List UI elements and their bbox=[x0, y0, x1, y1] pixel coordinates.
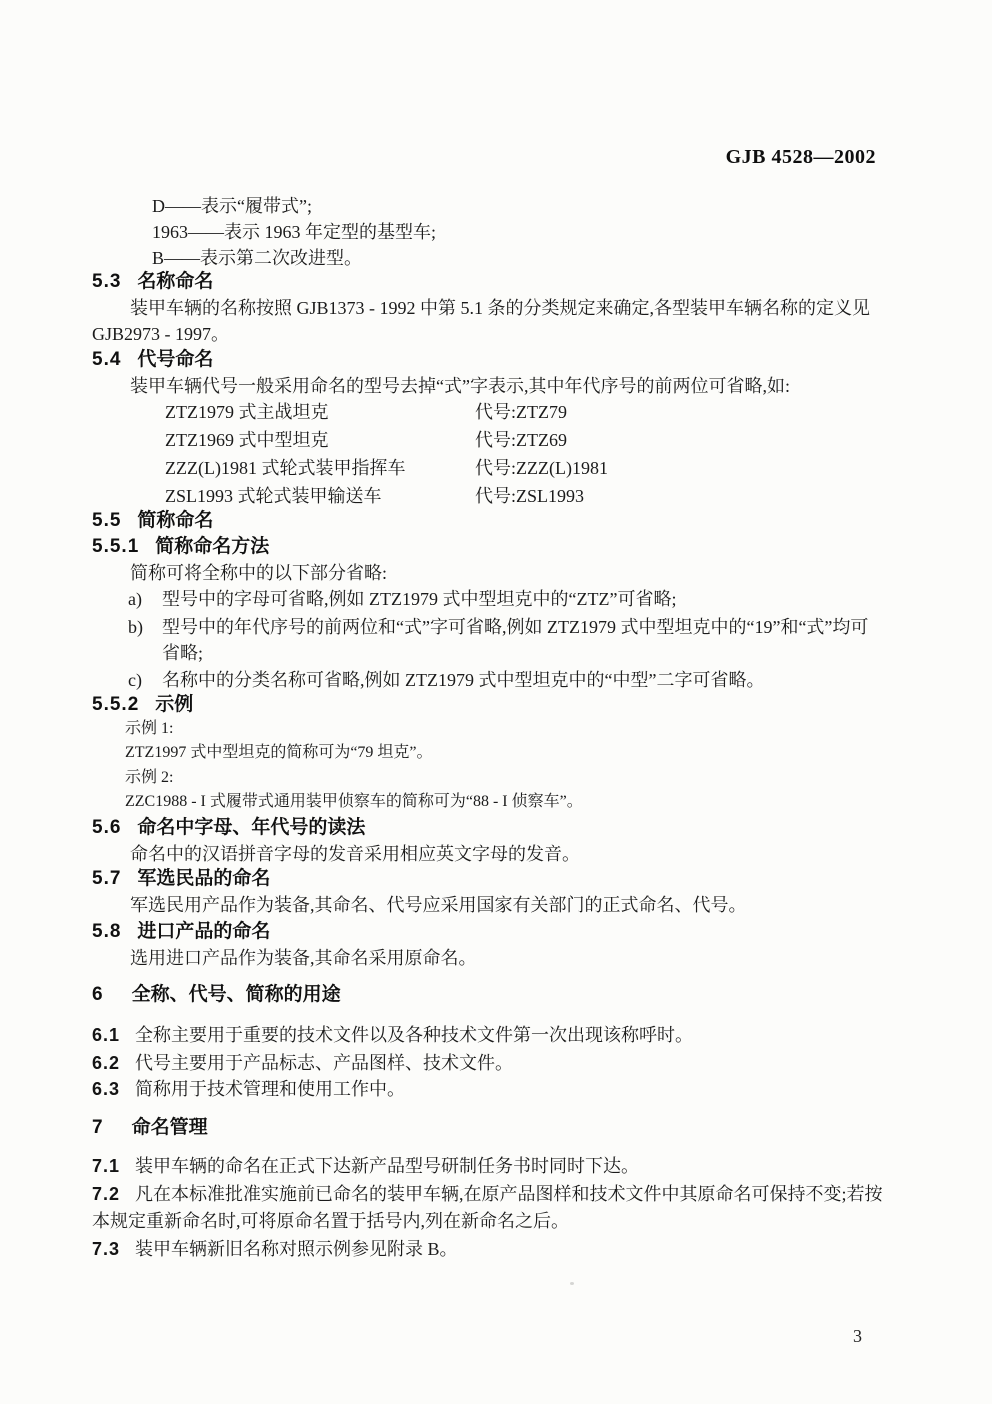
legend-line-b: B——表示第二次改进型。 bbox=[152, 246, 362, 270]
clause-number: 7.3 bbox=[92, 1239, 120, 1259]
clause-number: 7.2 bbox=[92, 1184, 120, 1204]
list-item-c: c)名称中的分类名称可省略,例如 ZTZ1979 式中型坦克中的“中型”二字可省… bbox=[128, 668, 764, 692]
chapter-number: 7 bbox=[92, 1117, 104, 1138]
section-title: 代号命名 bbox=[137, 349, 213, 370]
section-title: 简称命名 bbox=[137, 510, 213, 531]
clause-text: 装甲车辆新旧名称对照示例参见附录 B。 bbox=[135, 1239, 458, 1259]
vehicle-name: ZTZ1969 式中型坦克 bbox=[165, 430, 329, 450]
section-5-4-heading: 5.4代号命名 bbox=[92, 348, 213, 372]
chapter-number: 6 bbox=[92, 984, 104, 1005]
legend-line-1963: 1963——表示 1963 年定型的基型车; bbox=[152, 220, 436, 244]
section-title: 军选民品的命名 bbox=[137, 868, 270, 889]
clause-text: 简称用于技术管理和使用工作中。 bbox=[135, 1079, 405, 1099]
clause-text: 装甲车辆的命名在正式下达新产品型号研制任务书时同时下达。 bbox=[135, 1156, 639, 1176]
section-5-6-heading: 5.6命名中字母、年代号的读法 bbox=[92, 816, 365, 840]
clause-6-2: 6.2代号主要用于产品标志、产品图样、技术文件。 bbox=[92, 1051, 513, 1075]
scan-artifact-dot bbox=[570, 1282, 574, 1285]
section-5-8-body: 选用进口产品作为装备,其命名采用原命名。 bbox=[130, 946, 477, 970]
section-title: 命名中字母、年代号的读法 bbox=[137, 817, 365, 838]
designation-example-row: ZTZ1979 式主战坦克 代号:ZTZ79 bbox=[165, 400, 329, 424]
section-title: 简称命名方法 bbox=[155, 536, 269, 557]
clause-6-1: 6.1全称主要用于重要的技术文件以及各种技术文件第一次出现该称呼时。 bbox=[92, 1023, 693, 1047]
clause-7-2-line1: 7.2凡在本标准批准实施前已命名的装甲车辆,在原产品图样和技术文件中其原命名可保… bbox=[92, 1182, 883, 1206]
section-5-7-heading: 5.7军选民品的命名 bbox=[92, 867, 270, 891]
clause-text: 代号主要用于产品标志、产品图样、技术文件。 bbox=[135, 1053, 513, 1073]
vehicle-name: ZZZ(L)1981 式轮式装甲指挥车 bbox=[165, 458, 405, 478]
legend-line-tracked: D——表示“履带式”; bbox=[152, 194, 312, 218]
section-title: 示例 bbox=[155, 694, 193, 715]
list-marker: c) bbox=[128, 668, 145, 692]
vehicle-name: ZTZ1979 式主战坦克 bbox=[165, 402, 329, 422]
list-item-text: 名称中的分类名称可省略,例如 ZTZ1979 式中型坦克中的“中型”二字可省略。 bbox=[162, 670, 764, 690]
section-number: 5.5.1 bbox=[92, 536, 139, 557]
section-5-3-paragraph-line1: 装甲车辆的名称按照 GJB1373 - 1992 中第 5.1 条的分类规定来确… bbox=[130, 296, 870, 320]
vehicle-code: 代号:ZSL1993 bbox=[475, 484, 584, 508]
section-title: 名称命名 bbox=[137, 271, 213, 292]
section-title: 进口产品的命名 bbox=[137, 921, 270, 942]
vehicle-code: 代号:ZTZ79 bbox=[475, 400, 567, 424]
list-marker: a) bbox=[128, 587, 145, 611]
vehicle-code: 代号:ZTZ69 bbox=[475, 428, 567, 452]
section-number: 5.6 bbox=[92, 817, 121, 838]
clause-number: 6.1 bbox=[92, 1025, 120, 1045]
example-2-text: ZZC1988 - I 式履带式通用装甲侦察车的简称可为“88 - I 侦察车”… bbox=[125, 791, 583, 813]
chapter-7-heading: 7命名管理 bbox=[92, 1116, 208, 1140]
list-item-a: a)型号中的字母可省略,例如 ZTZ1979 式中型坦克中的“ZTZ”可省略; bbox=[128, 587, 676, 611]
section-5-8-heading: 5.8进口产品的命名 bbox=[92, 920, 270, 944]
chapter-6-heading: 6全称、代号、简称的用途 bbox=[92, 983, 341, 1007]
list-item-b: b)型号中的年代序号的前两位和“式”字可省略,例如 ZTZ1979 式中型坦克中… bbox=[128, 615, 868, 639]
chapter-title: 全称、代号、简称的用途 bbox=[132, 984, 341, 1005]
standard-number-header: GJB 4528—2002 bbox=[726, 146, 876, 169]
section-number: 5.5 bbox=[92, 510, 121, 531]
designation-example-row: ZTZ1969 式中型坦克 代号:ZTZ69 bbox=[165, 428, 329, 452]
section-5-5-heading: 5.5简称命名 bbox=[92, 509, 213, 533]
clause-6-3: 6.3简称用于技术管理和使用工作中。 bbox=[92, 1077, 405, 1101]
section-5-5-1-heading: 5.5.1简称命名方法 bbox=[92, 535, 269, 559]
clause-7-1: 7.1装甲车辆的命名在正式下达新产品型号研制任务书时同时下达。 bbox=[92, 1154, 639, 1178]
example-2-label: 示例 2: bbox=[125, 767, 173, 789]
designation-example-row: ZZZ(L)1981 式轮式装甲指挥车 代号:ZZZ(L)1981 bbox=[165, 456, 405, 480]
clause-number: 6.3 bbox=[92, 1079, 120, 1099]
section-5-3-heading: 5.3名称命名 bbox=[92, 270, 213, 294]
section-number: 5.3 bbox=[92, 271, 121, 292]
section-5-6-body: 命名中的汉语拼音字母的发音采用相应英文字母的发音。 bbox=[130, 842, 580, 866]
example-1-text: ZTZ1997 式中型坦克的简称可为“79 坦克”。 bbox=[125, 742, 433, 764]
list-marker: b) bbox=[128, 615, 145, 639]
clause-text: 凡在本标准批准实施前已命名的装甲车辆,在原产品图样和技术文件中其原命名可保持不变… bbox=[135, 1184, 883, 1204]
section-number: 5.5.2 bbox=[92, 694, 139, 715]
list-item-text: 型号中的年代序号的前两位和“式”字可省略,例如 ZTZ1979 式中型坦克中的“… bbox=[162, 617, 868, 637]
section-5-5-1-intro: 简称可将全称中的以下部分省略: bbox=[130, 561, 387, 585]
vehicle-code: 代号:ZZZ(L)1981 bbox=[475, 456, 608, 480]
clause-number: 7.1 bbox=[92, 1156, 120, 1176]
section-number: 5.4 bbox=[92, 349, 121, 370]
section-5-5-2-heading: 5.5.2示例 bbox=[92, 693, 193, 717]
list-item-text: 型号中的字母可省略,例如 ZTZ1979 式中型坦克中的“ZTZ”可省略; bbox=[162, 589, 676, 609]
example-1-label: 示例 1: bbox=[125, 718, 173, 740]
clause-7-3: 7.3装甲车辆新旧名称对照示例参见附录 B。 bbox=[92, 1237, 458, 1261]
section-5-3-paragraph-line2: GJB2973 - 1997。 bbox=[92, 322, 229, 346]
list-item-b-continuation: 省略; bbox=[162, 641, 203, 665]
chapter-title: 命名管理 bbox=[132, 1117, 208, 1138]
section-5-4-intro: 装甲车辆代号一般采用命名的型号去掉“式”字表示,其中年代序号的前两位可省略,如: bbox=[130, 374, 790, 398]
section-number: 5.8 bbox=[92, 921, 121, 942]
page-number: 3 bbox=[853, 1326, 862, 1347]
section-5-7-body: 军选民用产品作为装备,其命名、代号应采用国家有关部门的正式命名、代号。 bbox=[130, 893, 747, 917]
vehicle-name: ZSL1993 式轮式装甲输送车 bbox=[165, 486, 382, 506]
document-page: GJB 4528—2002 D——表示“履带式”; 1963——表示 1963 … bbox=[0, 0, 992, 1404]
section-number: 5.7 bbox=[92, 868, 121, 889]
designation-example-row: ZSL1993 式轮式装甲输送车 代号:ZSL1993 bbox=[165, 484, 382, 508]
clause-text: 全称主要用于重要的技术文件以及各种技术文件第一次出现该称呼时。 bbox=[135, 1025, 693, 1045]
clause-7-2-line2: 本规定重新命名时,可将原命名置于括号内,列在新命名之后。 bbox=[92, 1209, 569, 1233]
clause-number: 6.2 bbox=[92, 1053, 120, 1073]
